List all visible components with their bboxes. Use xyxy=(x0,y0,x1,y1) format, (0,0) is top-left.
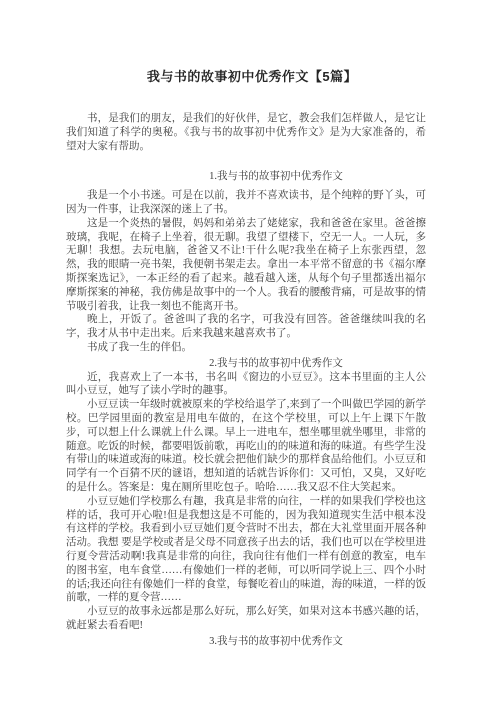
document-title: 我与书的故事初中优秀作文【5篇】 xyxy=(66,66,426,88)
section-1-paragraph: 晚上，开饭了。爸爸叫了我的名字，可我没有回答。爸爸继续叫我的名字，我才从书中走出… xyxy=(66,313,426,341)
section-1-paragraph: 这是一个炎热的暑假，妈妈和弟弟去了姥姥家，我和爸爸在家里。爸爸擦玻璃，我呢，在椅… xyxy=(66,217,426,314)
section-2-paragraph: 小豆豆她们学校那么有趣，我真是非常的向往，一样的如果我们学校也这样的话，我可开心… xyxy=(66,495,426,605)
essay-section-2: 2.我与书的故事初中优秀作文 近，我喜欢上了一本书，书名叫《窗边的小豆豆》。这本… xyxy=(66,357,426,633)
section-2-paragraph: 小豆豆读一年级时就被原来的学校给退学了,来到了一个叫做巴学园的新学校。巴学园里面… xyxy=(66,398,426,495)
section-2-heading: 2.我与书的故事初中优秀作文 xyxy=(66,357,426,371)
section-1-paragraph: 我是一个小书迷。可是在以前，我并不喜欢读书，是个纯粹的野丫头，可因为一件事，让我… xyxy=(66,189,426,217)
document-page: 我与书的故事初中优秀作文【5篇】 书，是我们的朋友，是我们的好伙伴，是它，教会我… xyxy=(0,0,500,708)
section-2-paragraph: 近，我喜欢上了一本书，书名叫《窗边的小豆豆》。这本书里面的主人公叫小豆豆，她写了… xyxy=(66,371,426,399)
section-2-paragraph: 小豆豆的故事永远都是那么好玩，那么好笑，如果对这本书感兴趣的话，就赶紧去看看吧! xyxy=(66,605,426,633)
section-1-heading: 1.我与书的故事初中优秀作文 xyxy=(66,170,426,184)
section-1-paragraph: 书成了我一生的伴侣。 xyxy=(66,341,426,355)
section-3-heading: 3.我与书的故事初中优秀作文 xyxy=(66,635,426,649)
intro-paragraph: 书，是我们的朋友，是我们的好伙伴，是它，教会我们怎样做人，是它让我们知道了科学的… xyxy=(66,112,426,153)
essay-section-1: 1.我与书的故事初中优秀作文 我是一个小书迷。可是在以前，我并不喜欢读书，是个纯… xyxy=(66,170,426,354)
essay-section-3: 3.我与书的故事初中优秀作文 xyxy=(66,635,426,649)
